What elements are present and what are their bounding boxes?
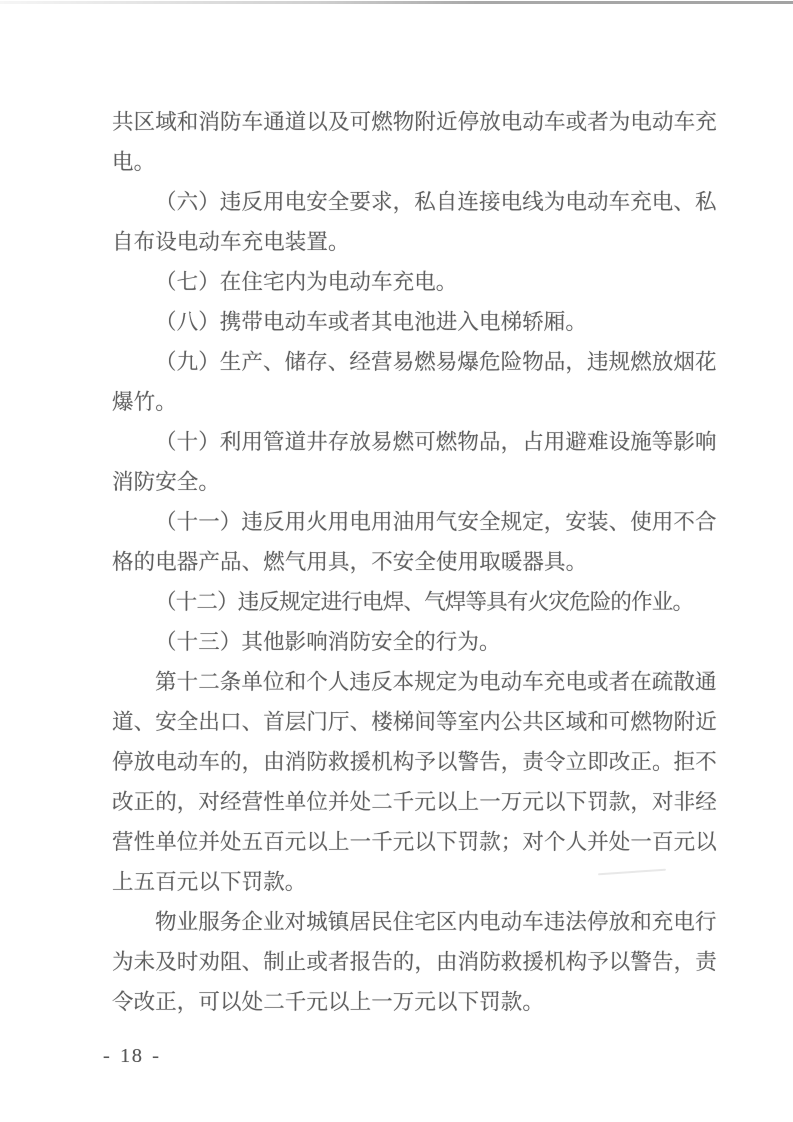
text-line: 共区域和消防车通道以及可燃物附近停放电动车或者为电动车充 <box>112 102 722 142</box>
text-line: （六）违反用电安全要求，私自连接电线为电动车充电、私 <box>112 182 722 222</box>
document-text-block: 共区域和消防车通道以及可燃物附近停放电动车或者为电动车充 电。 （六）违反用电安… <box>112 102 722 1022</box>
text-line: 电。 <box>112 142 722 182</box>
text-line: 自布设电动车充电装置。 <box>112 222 722 262</box>
text-line: 道、安全出口、首层门厅、楼梯间等室内公共区域和可燃物附近 <box>112 702 722 742</box>
text-line: （九）生产、储存、经营易燃易爆危险物品，违规燃放烟花 <box>112 342 722 382</box>
page-number: - 18 - <box>103 1043 160 1069</box>
text-line: 第十二条单位和个人违反本规定为电动车充电或者在疏散通 <box>112 662 722 702</box>
text-line: 上五百元以下罚款。 <box>112 862 722 902</box>
text-line: 令改正，可以处二千元以上一万元以下罚款。 <box>112 982 722 1022</box>
text-line: 营性单位并处五百元以上一千元以下罚款；对个人并处一百元以 <box>112 822 722 862</box>
text-line: 物业服务企业对城镇居民住宅区内电动车违法停放和充电行 <box>112 902 722 942</box>
scan-artifact-top-line <box>0 1 793 4</box>
text-line: 为未及时劝阻、制止或者报告的，由消防救援机构予以警告，责 <box>112 942 722 982</box>
text-line: 改正的，对经营性单位并处二千元以上一万元以下罚款，对非经 <box>112 782 722 822</box>
text-line: 格的电器产品、燃气用具，不安全使用取暖器具。 <box>112 542 722 582</box>
text-line: （十）利用管道井存放易燃可燃物品，占用避难设施等影响 <box>112 422 722 462</box>
text-line: （十二）违反规定进行电焊、气焊等具有火灾危险的作业。 <box>112 582 722 622</box>
text-line: 停放电动车的，由消防救援机构予以警告，责令立即改正。拒不 <box>112 742 722 782</box>
text-line: （七）在住宅内为电动车充电。 <box>112 262 722 302</box>
text-line: 爆竹。 <box>112 382 722 422</box>
text-line: 消防安全。 <box>112 462 722 502</box>
text-line: （十三）其他影响消防安全的行为。 <box>112 622 722 662</box>
text-line: （八）携带电动车或者其电池进入电梯轿厢。 <box>112 302 722 342</box>
document-page: 共区域和消防车通道以及可燃物附近停放电动车或者为电动车充 电。 （六）违反用电安… <box>0 0 793 1122</box>
text-line: （十一）违反用火用电用油用气安全规定，安装、使用不合 <box>112 502 722 542</box>
